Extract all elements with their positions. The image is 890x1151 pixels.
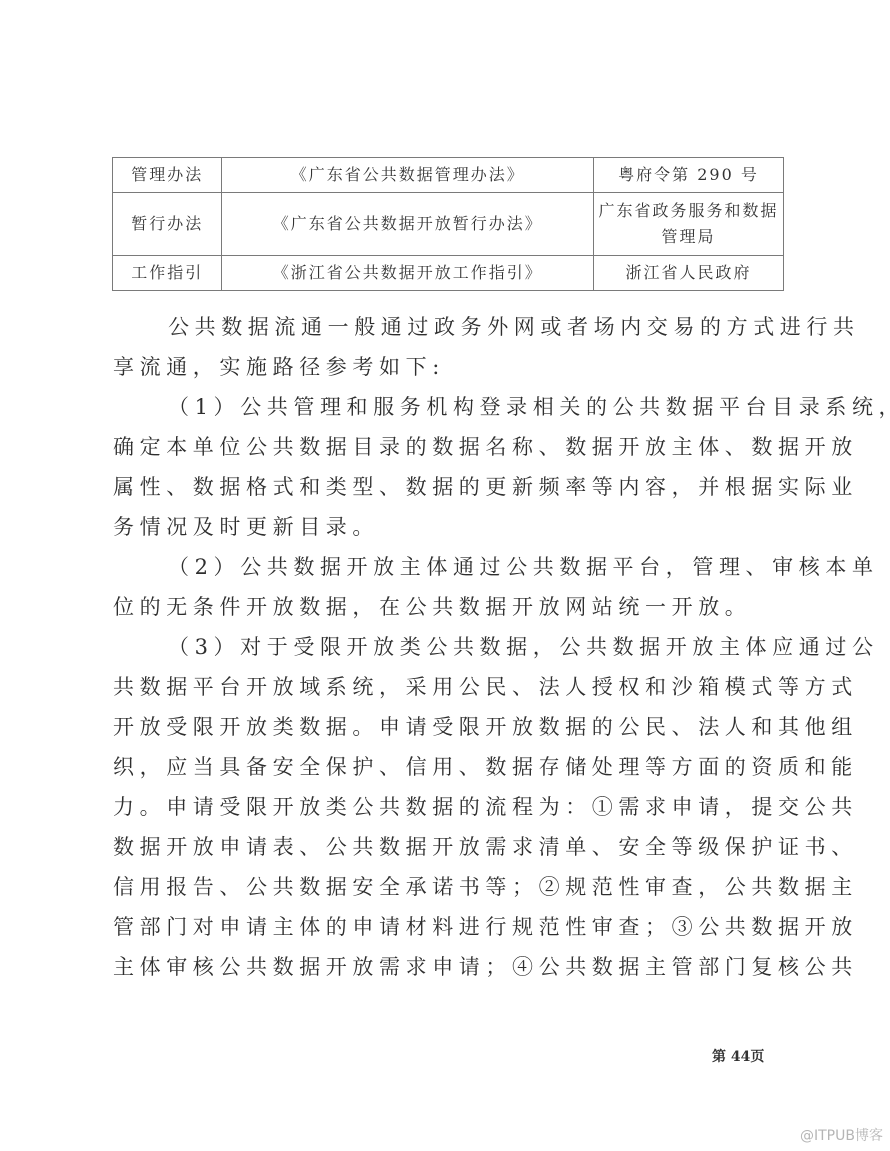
paragraph-step1-line: 务情况及时更新目录。 <box>113 507 785 547</box>
policy-issuer-cell: 粤府令第 290 号 <box>594 158 784 193</box>
policy-table: 管理办法 《广东省公共数据管理办法》 粤府令第 290 号 暂行办法 《广东省公… <box>112 157 784 291</box>
paragraph-step1-line: 确定本单位公共数据目录的数据名称、数据开放主体、数据开放 <box>113 427 785 467</box>
policy-type-cell: 管理办法 <box>113 158 222 193</box>
policy-title-cell: 《广东省公共数据开放暂行办法》 <box>222 193 594 256</box>
paragraph-step1-line: （1）公共管理和服务机构登录相关的公共数据平台目录系统， <box>113 387 785 427</box>
table-row: 工作指引 《浙江省公共数据开放工作指引》 浙江省人民政府 <box>113 256 784 291</box>
policy-type-cell: 暂行办法 <box>113 193 222 256</box>
paragraph-intro-line: 公共数据流通一般通过政务外网或者场内交易的方式进行共 <box>113 307 785 347</box>
page-number: 第 44页 <box>712 1046 764 1066</box>
paragraph-intro-line: 享流通，实施路径参考如下: <box>113 347 785 387</box>
policy-type-cell: 工作指引 <box>113 256 222 291</box>
paragraph-step3-line: （3）对于受限开放类公共数据，公共数据开放主体应通过公 <box>113 627 785 667</box>
paragraph-step3-line: 力。申请受限开放类公共数据的流程为：①需求申请，提交公共 <box>113 787 785 827</box>
policy-title-cell: 《浙江省公共数据开放工作指引》 <box>222 256 594 291</box>
document-page: 管理办法 《广东省公共数据管理办法》 粤府令第 290 号 暂行办法 《广东省公… <box>0 0 890 1151</box>
policy-title-cell: 《广东省公共数据管理办法》 <box>222 158 594 193</box>
paragraph-step3-line: 织，应当具备安全保护、信用、数据存储处理等方面的资质和能 <box>113 747 785 787</box>
paragraph-step3-line: 信用报告、公共数据安全承诺书等；②规范性审查，公共数据主 <box>113 867 785 907</box>
policy-issuer-cell: 广东省政务服务和数据管理局 <box>594 193 784 256</box>
table-row: 暂行办法 《广东省公共数据开放暂行办法》 广东省政务服务和数据管理局 <box>113 193 784 256</box>
paragraph-step3-line: 开放受限开放类数据。申请受限开放数据的公民、法人和其他组 <box>113 707 785 747</box>
paragraph-step1-line: 属性、数据格式和类型、数据的更新频率等内容，并根据实际业 <box>113 467 785 507</box>
paragraph-step3-line: 主体审核公共数据开放需求申请；④公共数据主管部门复核公共 <box>113 947 785 987</box>
paragraph-step3-line: 数据开放申请表、公共数据开放需求清单、安全等级保护证书、 <box>113 827 785 867</box>
watermark: @ITPUB博客 <box>800 1125 883 1145</box>
policy-issuer-cell: 浙江省人民政府 <box>594 256 784 291</box>
body-text: 公共数据流通一般通过政务外网或者场内交易的方式进行共 享流通，实施路径参考如下:… <box>113 307 785 987</box>
table-row: 管理办法 《广东省公共数据管理办法》 粤府令第 290 号 <box>113 158 784 193</box>
paragraph-step2-line: 位的无条件开放数据，在公共数据开放网站统一开放。 <box>113 587 785 627</box>
paragraph-step3-line: 共数据平台开放域系统，采用公民、法人授权和沙箱模式等方式 <box>113 667 785 707</box>
paragraph-step2-line: （2）公共数据开放主体通过公共数据平台，管理、审核本单 <box>113 547 785 587</box>
paragraph-step3-line: 管部门对申请主体的申请材料进行规范性审查；③公共数据开放 <box>113 907 785 947</box>
